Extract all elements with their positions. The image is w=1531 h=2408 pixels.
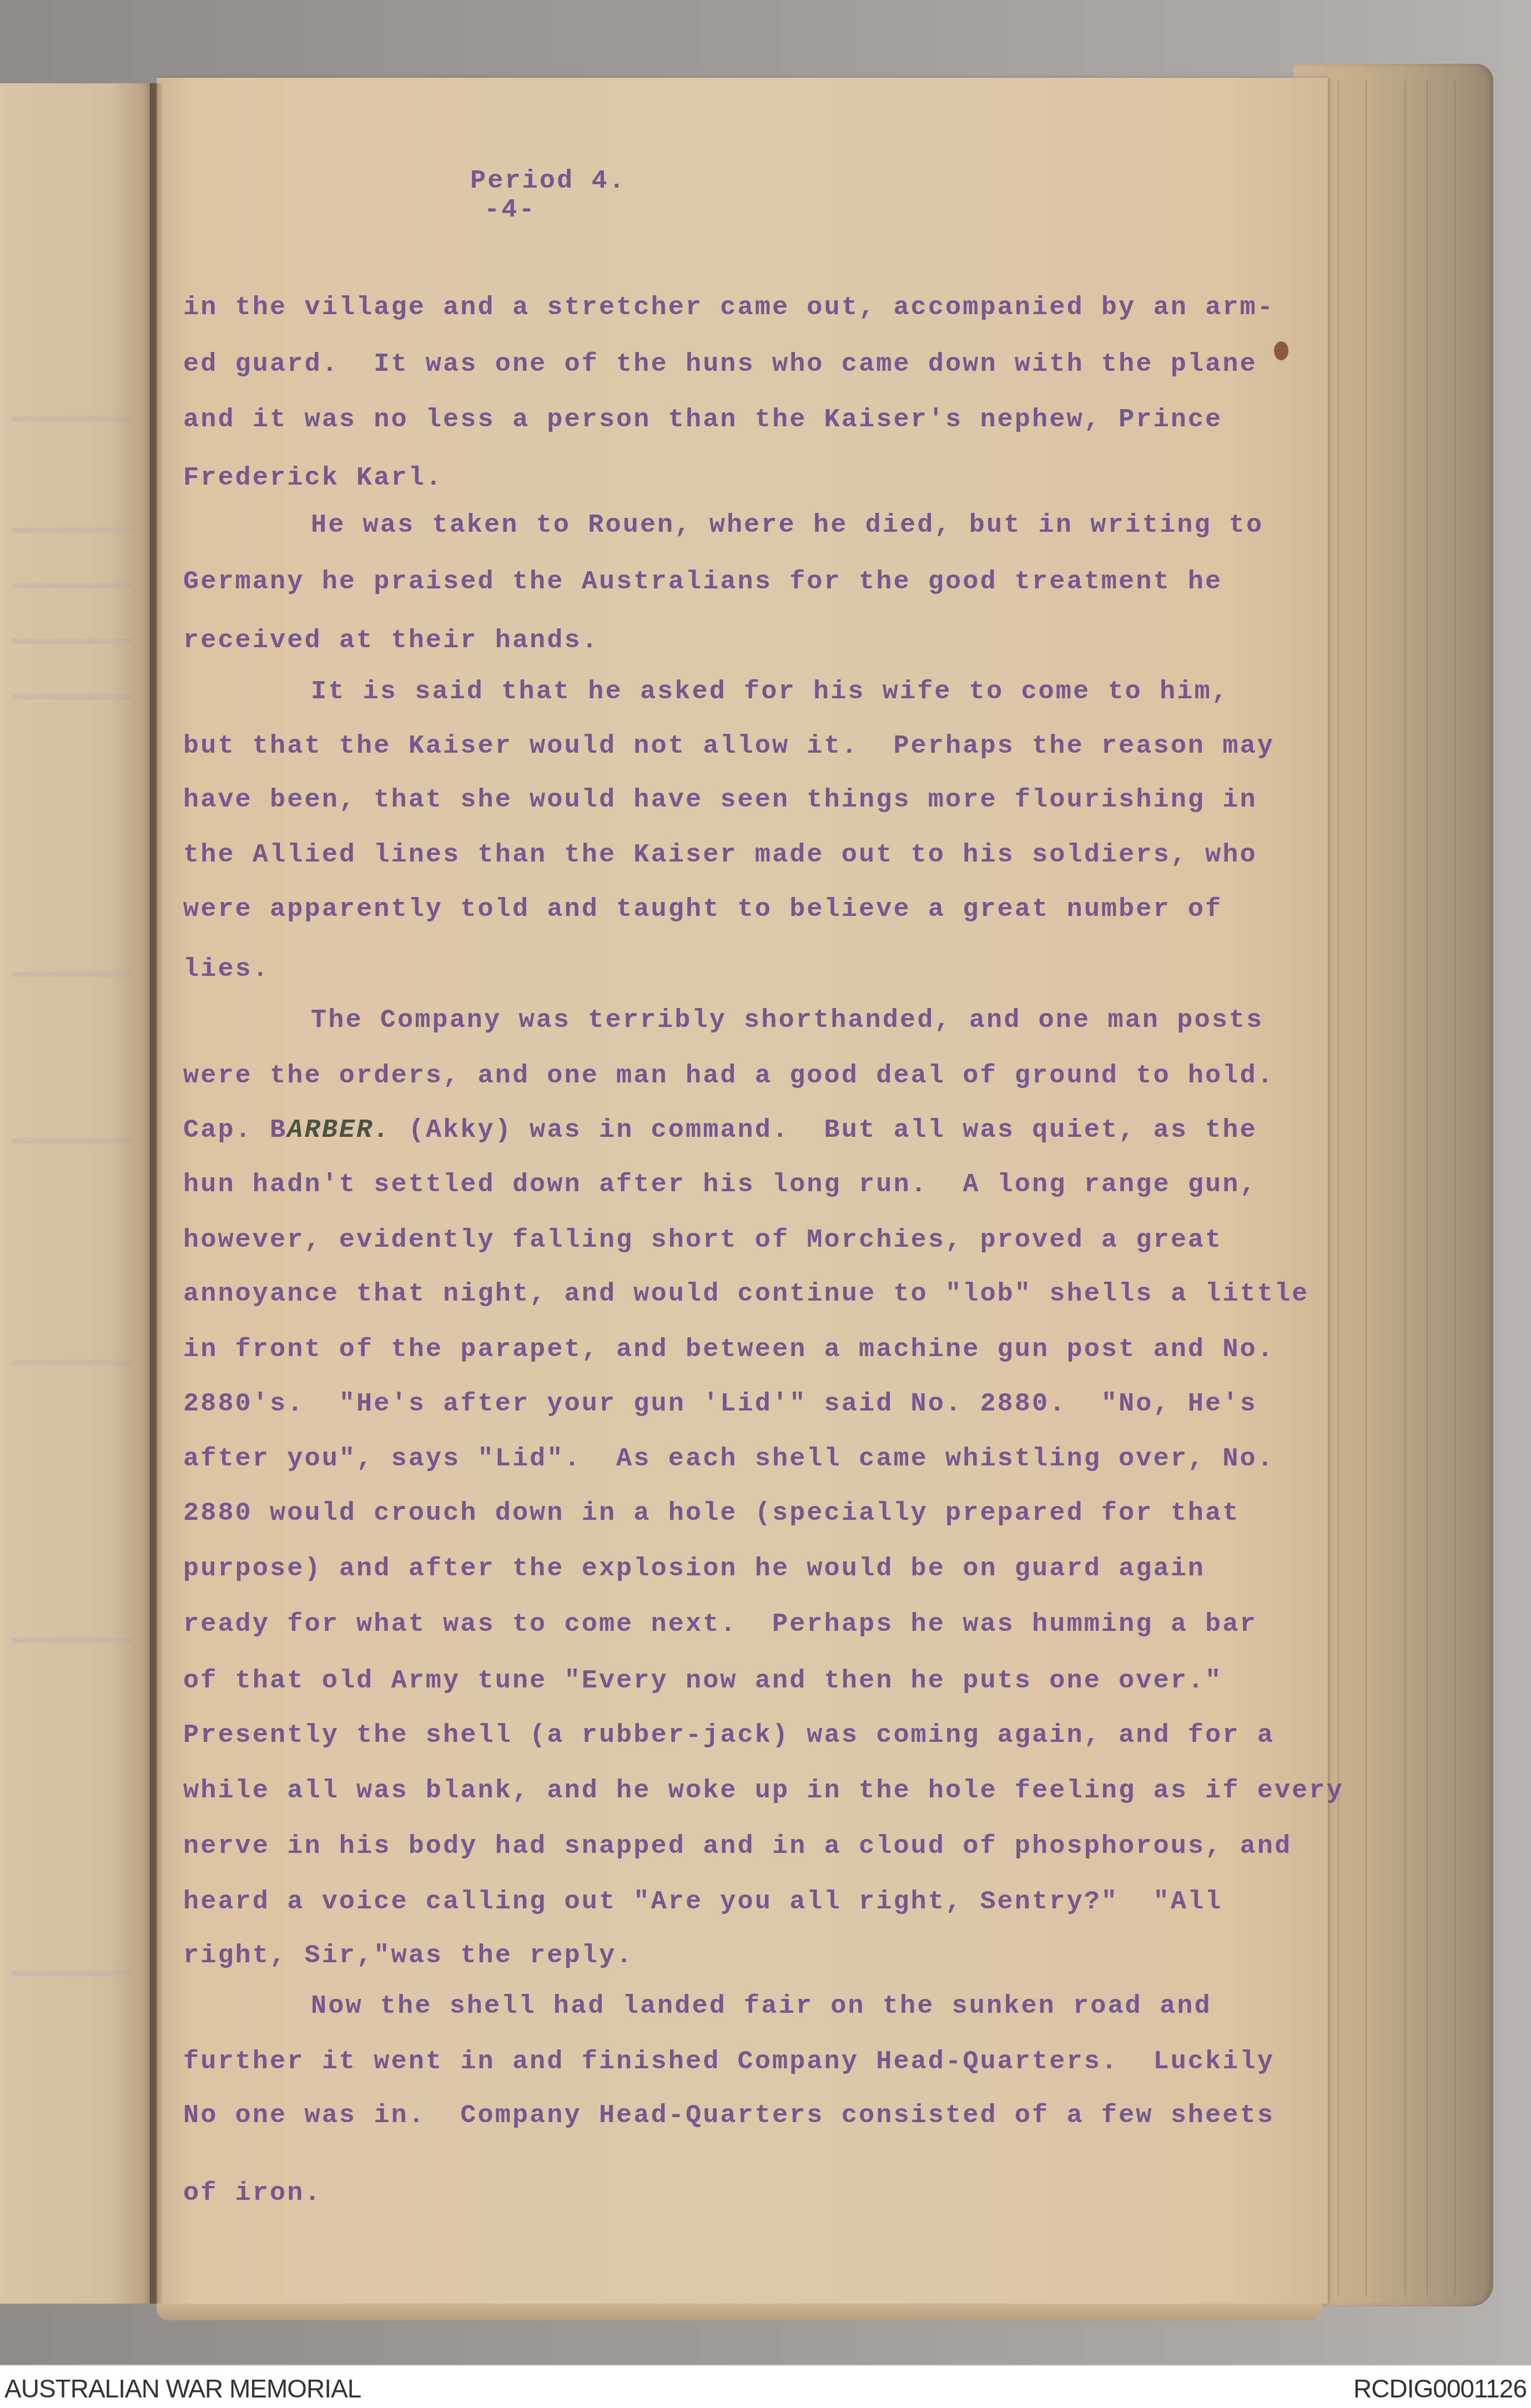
text-line: in front of the parapet, and between a m… xyxy=(183,1335,1275,1364)
text-line: in the village and a stretcher came out,… xyxy=(183,293,1275,323)
captain-prefix: Cap. B xyxy=(183,1116,287,1145)
archive-footer: AUSTRALIAN WAR MEMORIAL RCDIG0001126 xyxy=(0,2365,1531,2408)
text-line: hun hadn't settled down after his long r… xyxy=(183,1170,1257,1200)
text-line: heard a voice calling out "Are you all r… xyxy=(183,1887,1222,1917)
text-line: lies. xyxy=(183,955,270,984)
text-line: 2880 would crouch down in a hole (specia… xyxy=(183,1499,1240,1528)
handwritten-correction: ARBER. xyxy=(287,1116,391,1145)
page-number: -4- xyxy=(484,195,536,225)
text-line: right, Sir,"was the reply. xyxy=(183,1941,633,1971)
captain-line-rest: (Akky) was in command. But all was quiet… xyxy=(409,1116,1257,1145)
text-line: Presently the shell (a rubber-jack) was … xyxy=(183,1721,1275,1750)
page-bottom-edge xyxy=(157,2304,1322,2320)
text-line: further it went in and finished Company … xyxy=(183,2047,1275,2077)
text-line: while all was blank, and he woke up in t… xyxy=(183,1776,1344,1806)
text-line: and it was no less a person than the Kai… xyxy=(183,405,1222,435)
text-line: of that old Army tune "Every now and the… xyxy=(183,1666,1222,1696)
text-line: but that the Kaiser would not allow it. … xyxy=(183,732,1275,761)
text-line: No one was in. Company Head-Quarters con… xyxy=(183,2101,1275,2130)
text-line: received at their hands. xyxy=(183,626,599,656)
text-line: 2880's. "He's after your gun 'Lid'" said… xyxy=(183,1389,1257,1419)
text-line: after you", says "Lid". As each shell ca… xyxy=(183,1444,1275,1474)
text-line: were apparently told and taught to belie… xyxy=(183,895,1222,924)
text-line: ready for what was to come next. Perhaps… xyxy=(183,1610,1257,1639)
text-line: Germany he praised the Australians for t… xyxy=(183,567,1222,597)
text-line: however, evidently falling short of Morc… xyxy=(183,1226,1222,1255)
text-line: The Company was terribly shorthanded, an… xyxy=(311,1006,1263,1035)
text-line: He was taken to Rouen, where he died, bu… xyxy=(311,511,1263,540)
ink-stain xyxy=(1274,341,1288,360)
record-id: RCDIG0001126 xyxy=(1353,2374,1527,2404)
text-line: were the orders, and one man had a good … xyxy=(183,1061,1275,1091)
left-page xyxy=(0,83,157,2304)
text-line: annoyance that night, and would continue… xyxy=(183,1279,1309,1309)
text-line: ed guard. It was one of the huns who cam… xyxy=(183,350,1257,379)
text-line: nerve in his body had snapped and in a c… xyxy=(183,1832,1292,1861)
text-line: of iron. xyxy=(183,2179,322,2208)
text-line: It is said that he asked for his wife to… xyxy=(311,677,1229,707)
text-line: Frederick Karl. xyxy=(183,464,443,493)
text-line: purpose) and after the explosion he woul… xyxy=(183,1554,1205,1584)
scanned-book-photo: Period 4. -4- in the village and a stret… xyxy=(0,0,1531,2365)
text-line: have been, that she would have seen thin… xyxy=(183,785,1257,815)
page-heading: Period 4. xyxy=(470,167,626,196)
text-line: the Allied lines than the Kaiser made ou… xyxy=(183,840,1257,870)
text-line: Now the shell had landed fair on the sun… xyxy=(311,1992,1212,2021)
book-spine xyxy=(150,83,163,2304)
institution-name: AUSTRALIAN WAR MEMORIAL xyxy=(4,2374,361,2404)
text-line-captain: Cap. BARBER. (Akky) was in command. But … xyxy=(183,1116,1257,1145)
